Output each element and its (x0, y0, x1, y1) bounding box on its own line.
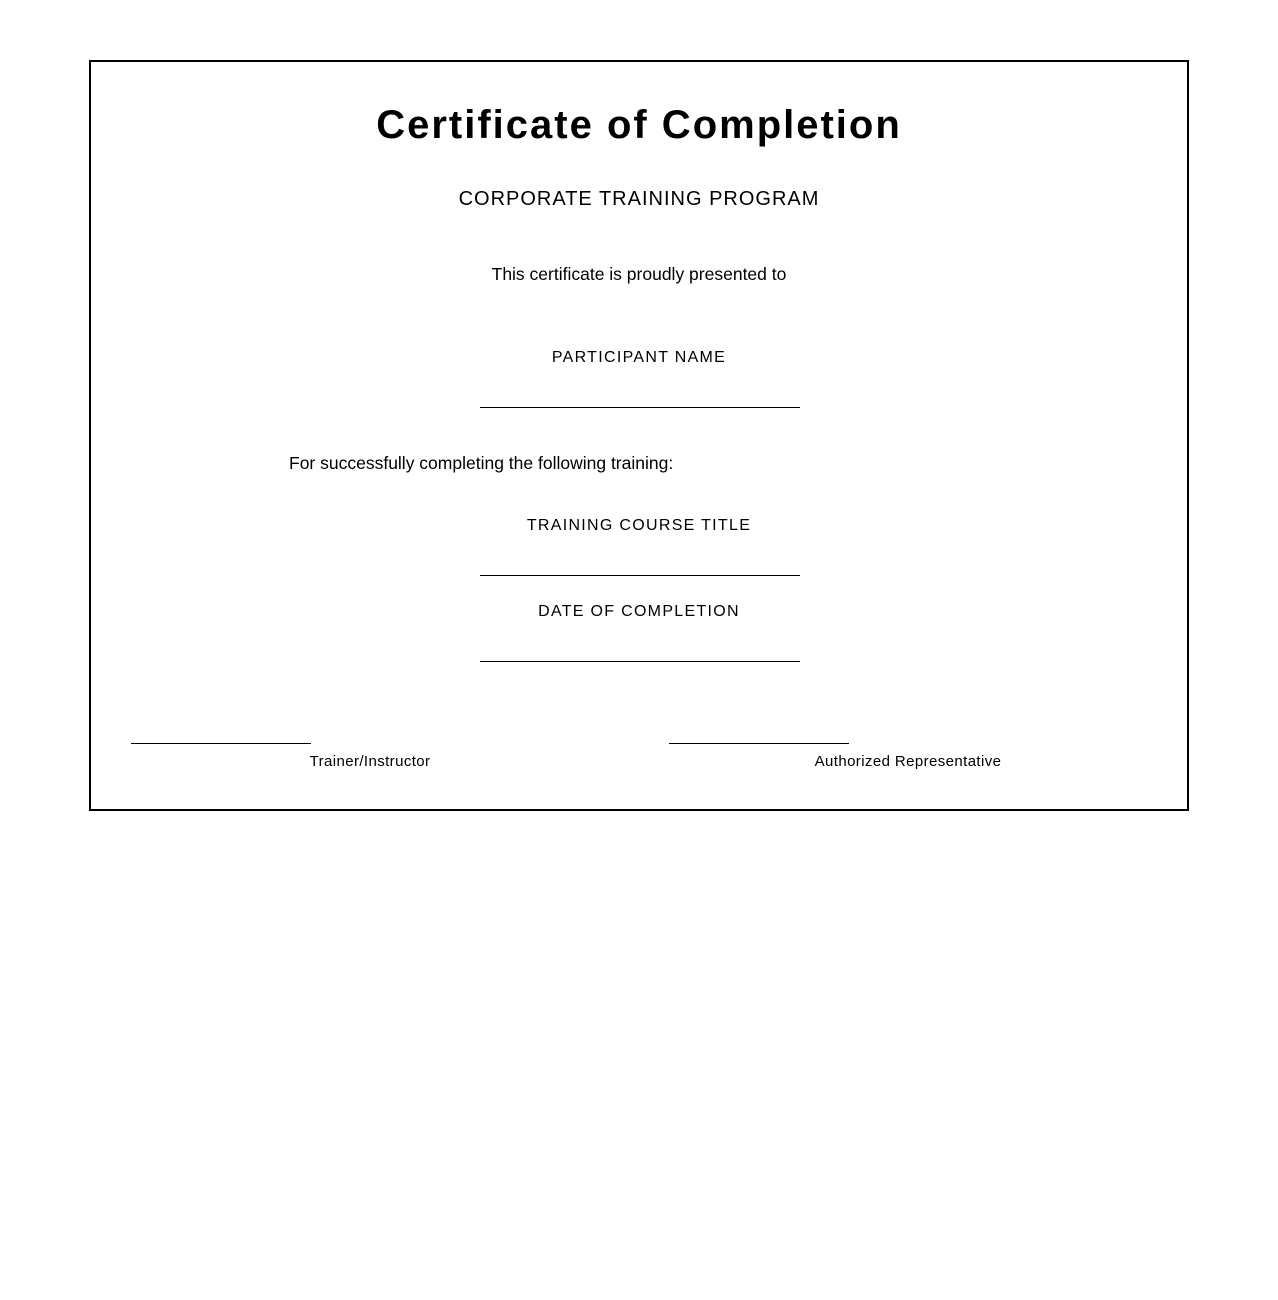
completing-text: For successfully completing the followin… (289, 452, 673, 474)
completion-date-line (480, 661, 800, 662)
signature-line-trainer (131, 743, 311, 744)
signature-representative: Authorized Representative (669, 743, 1147, 783)
course-title-line (480, 575, 800, 576)
participant-name-line (480, 407, 800, 408)
signature-line-representative (669, 743, 849, 744)
certificate-title: Certificate of Completion (91, 102, 1187, 148)
signature-label-trainer: Trainer/Instructor (131, 753, 609, 771)
signature-trainer: Trainer/Instructor (131, 743, 609, 783)
course-title-label: TRAINING COURSE TITLE (91, 516, 1187, 536)
presented-to-text: This certificate is proudly presented to (91, 263, 1187, 285)
certificate: Certificate of Completion CORPORATE TRAI… (89, 60, 1189, 811)
program-name: CORPORATE TRAINING PROGRAM (91, 187, 1187, 211)
participant-name-label: PARTICIPANT NAME (91, 348, 1187, 368)
completion-date-label: DATE OF COMPLETION (91, 602, 1187, 622)
signature-label-representative: Authorized Representative (669, 753, 1147, 771)
